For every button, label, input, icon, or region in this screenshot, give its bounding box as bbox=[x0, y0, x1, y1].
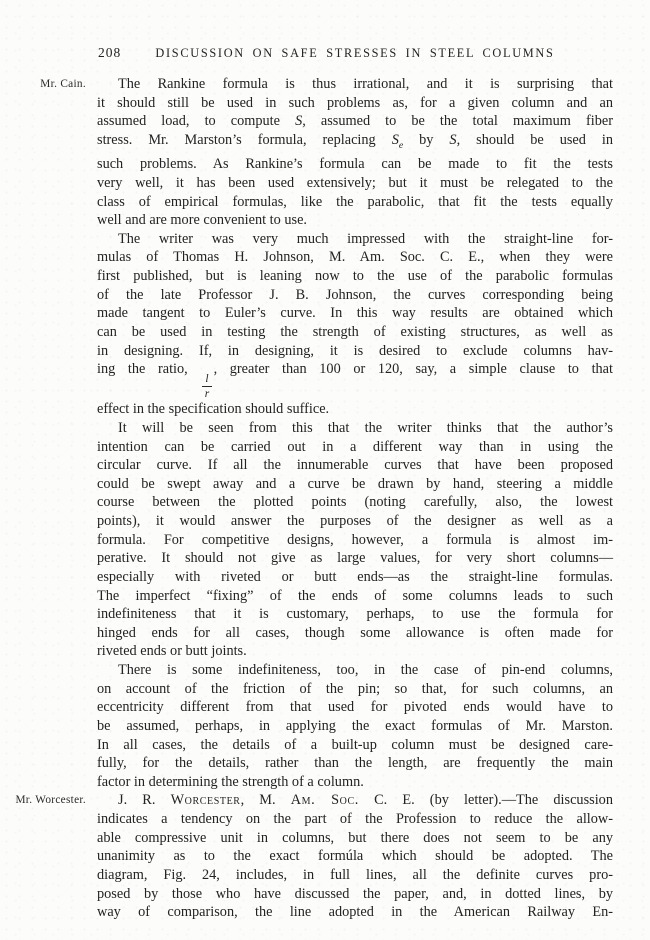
text-line: way of comparison, the line adopted in t… bbox=[97, 903, 613, 922]
text-line: posed by those who have discussed the pa… bbox=[97, 885, 613, 904]
text-line: be assumed, perhaps, in applying the exa… bbox=[97, 717, 613, 736]
text-line: eccentricity different from that used fo… bbox=[97, 698, 613, 717]
text-column: Mr. Cain.The Rankine formula is thus irr… bbox=[97, 75, 613, 922]
text-line: The writer was very much impressed with … bbox=[97, 230, 613, 249]
speaker-margin-note: Mr. Worcester. bbox=[15, 794, 86, 806]
text-line: indefiniteness that it is customary, per… bbox=[97, 605, 613, 624]
text-line: first published, but is leaning now to t… bbox=[97, 267, 613, 286]
text-line: of the late Professor J. B. Johnson, the… bbox=[97, 286, 613, 305]
italic-text: e bbox=[399, 140, 403, 151]
text-line: able compressive unit in columns, but th… bbox=[97, 829, 613, 848]
text-line: could be swept away and a curve be drawn… bbox=[97, 475, 613, 494]
text-line: In all cases, the details of a built-up … bbox=[97, 736, 613, 755]
paragraph: It will be seen from this that the write… bbox=[97, 419, 613, 661]
text-line: unanimity as to the exact formúla which … bbox=[97, 847, 613, 866]
text-line: riveted ends or butt joints. bbox=[97, 642, 613, 661]
text-line: mulas of Thomas H. Johnson, M. Am. Soc. … bbox=[97, 248, 613, 267]
text-line: in designing. If, in designing, it is de… bbox=[97, 342, 613, 361]
speaker-margin-note: Mr. Cain. bbox=[40, 78, 86, 90]
text-line: J. R. Worcester, M. Am. Soc. C. E. (by l… bbox=[97, 791, 613, 810]
text-line: made tangent to Euler’s curve. In this w… bbox=[97, 304, 613, 323]
text-line: The imperfect “fixing” of the ends of so… bbox=[97, 587, 613, 606]
paragraph: Mr. Worcester.J. R. Worcester, M. Am. So… bbox=[97, 791, 613, 921]
text-line: points), it would answer the purposes of… bbox=[97, 512, 613, 531]
text-line: There is some indefiniteness, too, in th… bbox=[97, 661, 613, 680]
text-line: indicates a tendency on the part of the … bbox=[97, 810, 613, 829]
scanned-page: 208 DISCUSSION ON SAFE STRESSES IN STEEL… bbox=[0, 0, 650, 940]
paragraph: Mr. Cain.The Rankine formula is thus irr… bbox=[97, 75, 613, 230]
text-line: factor in determining the strength of a … bbox=[97, 773, 613, 792]
fraction-l-over-r: lr bbox=[202, 373, 211, 400]
text-line: intention can be carried out in a differ… bbox=[97, 438, 613, 457]
page-header: 208 DISCUSSION ON SAFE STRESSES IN STEEL… bbox=[97, 45, 613, 63]
text-line: especially with riveted or butt ends—as … bbox=[97, 568, 613, 587]
text-line: ing the ratio, lr, greater than 100 or 1… bbox=[97, 360, 613, 400]
text-line: The Rankine formula is thus irrational, … bbox=[97, 75, 613, 94]
text-line: assumed load, to compute S, assumed to b… bbox=[97, 112, 613, 131]
text-line: well and are more convenient to use. bbox=[97, 211, 613, 230]
text-line: circular curve. If all the innumerable c… bbox=[97, 456, 613, 475]
italic-text: S bbox=[449, 132, 456, 148]
text-line: very well, it has been used extensively;… bbox=[97, 174, 613, 193]
text-line: class of empirical formulas, like the pa… bbox=[97, 193, 613, 212]
text-line: course between the plotted points (notin… bbox=[97, 493, 613, 512]
text-line: such problems. As Rankine’s formula can … bbox=[97, 155, 613, 174]
text-line: effect in the specification should suffi… bbox=[97, 400, 613, 419]
small-caps-text: Am. Soc. bbox=[291, 792, 359, 808]
text-line: perative. It should not give as large va… bbox=[97, 549, 613, 568]
text-line: hinged ends for all cases, though some a… bbox=[97, 624, 613, 643]
running-title: DISCUSSION ON SAFE STRESSES IN STEEL COL… bbox=[97, 45, 613, 61]
text-line: formula. For competitive designs, howeve… bbox=[97, 531, 613, 550]
text-line: can be used in testing the strength of e… bbox=[97, 323, 613, 342]
text-line: diagram, Fig. 24, includes, in full line… bbox=[97, 866, 613, 885]
text-line: on account of the friction of the pin; s… bbox=[97, 680, 613, 699]
page-number: 208 bbox=[98, 45, 121, 61]
italic-text: S bbox=[392, 132, 399, 148]
italic-text: S bbox=[295, 113, 302, 129]
text-line: It will be seen from this that the write… bbox=[97, 419, 613, 438]
text-line: fully, for the details, rather than the … bbox=[97, 754, 613, 773]
paragraph: There is some indefiniteness, too, in th… bbox=[97, 661, 613, 791]
small-caps-text: Worcester bbox=[171, 792, 241, 808]
paragraph: The writer was very much impressed with … bbox=[97, 230, 613, 419]
text-line: it should still be used in such problems… bbox=[97, 94, 613, 113]
text-line: stress. Mr. Marston’s formula, replacing… bbox=[97, 131, 613, 155]
